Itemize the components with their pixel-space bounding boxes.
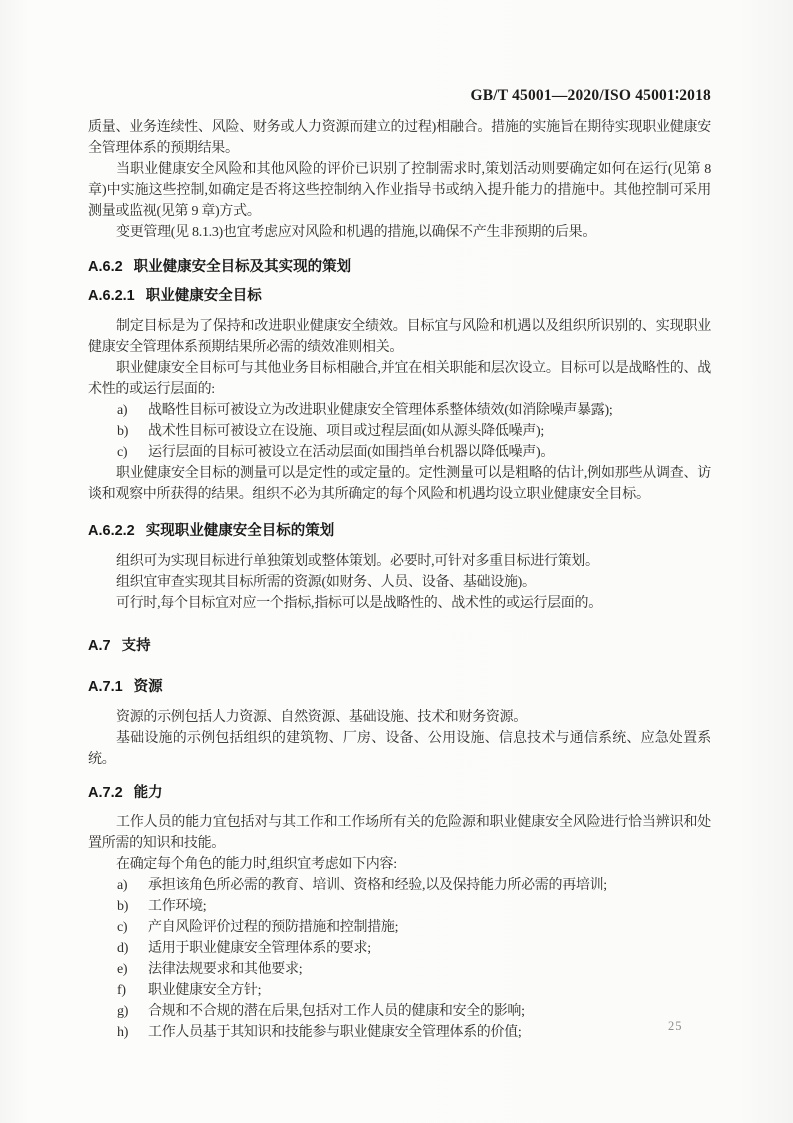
list-item-text: 职业健康安全方针; [148,980,711,1001]
page-number: 25 [668,1019,683,1034]
list-item: g) 合规和不合规的潜在后果,包括对工作人员的健康和安全的影响; [88,1001,711,1022]
section-heading: A.7.1 资源 [88,677,711,698]
body-paragraph: 可行时,每个目标宜对应一个指标,指标可以是战略性的、战术性的或运行层面的。 [88,593,711,614]
list-marker: h) [117,1022,148,1043]
list-item: c) 运行层面的目标可被设立在活动层面(如围挡单台机器以降低噪声)。 [88,442,711,463]
heading-title: 资源 [134,677,163,698]
body-paragraph: 组织可为实现目标进行单独策划或整体策划。必要时,可针对多重目标进行策划。 [88,551,711,572]
list-item-text: 适用于职业健康安全管理体系的要求; [148,938,711,959]
body-paragraph: 基础设施的示例包括组织的建筑物、厂房、设备、公用设施、信息技术与通信系统、应急处… [88,728,711,770]
list-item-text: 承担该角色所必需的教育、培训、资格和经验,以及保持能力所必需的再培训; [148,875,711,896]
list-item-text: 运行层面的目标可被设立在活动层面(如围挡单台机器以降低噪声)。 [148,442,711,463]
list-marker: g) [117,1001,148,1022]
list-item: a) 战略性目标可被设立为改进职业健康安全管理体系整体绩效(如消除噪声暴露); [88,400,711,421]
section-heading: A.6.2.2 实现职业健康安全目标的策划 [88,521,711,542]
body-paragraph: 质量、业务连续性、风险、财务或人力资源而建立的过程)相融合。措施的实施旨在期待实… [88,117,711,159]
section-heading: A.6.2.1 职业健康安全目标 [88,286,711,307]
body-paragraph: 变更管理(见 8.1.3)也宜考虑应对风险和机遇的措施,以确保不产生非预期的后果… [88,222,711,243]
list-item-text: 战略性目标可被设立为改进职业健康安全管理体系整体绩效(如消除噪声暴露); [148,400,711,421]
body-paragraph: 制定目标是为了保持和改进职业健康安全绩效。目标宜与风险和机遇以及组织所识别的、实… [88,316,711,358]
list-item-text: 战术性目标可被设立在设施、项目或过程层面(如从源头降低噪声); [148,421,711,442]
body-paragraph: 在确定每个角色的能力时,组织宜考虑如下内容: [88,854,711,875]
list-item-text: 法律法规要求和其他要求; [148,959,711,980]
list-item-text: 工作环境; [148,896,711,917]
list-item-text: 合规和不合规的潜在后果,包括对工作人员的健康和安全的影响; [148,1001,711,1022]
body-paragraph: 当职业健康安全风险和其他风险的评价已识别了控制需求时,策划活动则要确定如何在运行… [88,159,711,222]
section-heading: A.6.2 职业健康安全目标及其实现的策划 [88,257,711,278]
list-item: f) 职业健康安全方针; [88,980,711,1001]
list-marker: a) [117,875,148,896]
list-item-text: 工作人员基于其知识和技能参与职业健康安全管理体系的价值; [148,1022,711,1043]
page-header: GB/T 45001—2020/ISO 45001∶2018 [88,86,711,105]
body-paragraph: 职业健康安全目标的测量可以是定性的或定量的。定性测量可以是粗略的估计,例如那些从… [88,463,711,505]
heading-title: 职业健康安全目标及其实现的策划 [134,257,352,278]
heading-title: 支持 [122,636,151,657]
list-item: b) 战术性目标可被设立在设施、项目或过程层面(如从源头降低噪声); [88,421,711,442]
list-marker: a) [117,400,148,421]
list-item: h) 工作人员基于其知识和技能参与职业健康安全管理体系的价值; [88,1022,711,1043]
body-paragraph: 组织宜审查实现其目标所需的资源(如财务、人员、设备、基础设施)。 [88,572,711,593]
heading-title: 能力 [134,783,163,804]
list-marker: c) [117,917,148,938]
list-item: e) 法律法规要求和其他要求; [88,959,711,980]
heading-number: A.7.2 [88,783,123,804]
document-page: GB/T 45001—2020/ISO 45001∶2018 质量、业务连续性、… [0,0,793,1123]
body-paragraph: 资源的示例包括人力资源、自然资源、基础设施、技术和财务资源。 [88,707,711,728]
list-marker: e) [117,959,148,980]
heading-title: 职业健康安全目标 [146,286,262,307]
body-paragraph: 职业健康安全目标可与其他业务目标相融合,并宜在相关职能和层次设立。目标可以是战略… [88,358,711,400]
list-item-text: 产自风险评价过程的预防措施和控制措施; [148,917,711,938]
list-marker: c) [117,442,148,463]
list-marker: f) [117,980,148,1001]
heading-number: A.6.2.1 [88,286,135,307]
list-item: c) 产自风险评价过程的预防措施和控制措施; [88,917,711,938]
heading-number: A.6.2.2 [88,521,135,542]
section-heading: A.7 支持 [88,636,711,657]
section-heading: A.7.2 能力 [88,783,711,804]
heading-title: 实现职业健康安全目标的策划 [146,521,335,542]
list-item: a) 承担该角色所必需的教育、培训、资格和经验,以及保持能力所必需的再培训; [88,875,711,896]
body-paragraph: 工作人员的能力宜包括对与其工作和工作场所有关的危险源和职业健康安全风险进行恰当辨… [88,812,711,854]
document-body: 质量、业务连续性、风险、财务或人力资源而建立的过程)相融合。措施的实施旨在期待实… [88,117,711,1043]
list-marker: b) [117,421,148,442]
standard-code: GB/T 45001—2020/ISO 45001∶2018 [470,87,711,104]
list-item: b) 工作环境; [88,896,711,917]
heading-number: A.6.2 [88,257,123,278]
list-marker: b) [117,896,148,917]
heading-number: A.7 [88,636,111,657]
list-marker: d) [117,938,148,959]
list-item: d) 适用于职业健康安全管理体系的要求; [88,938,711,959]
heading-number: A.7.1 [88,677,123,698]
